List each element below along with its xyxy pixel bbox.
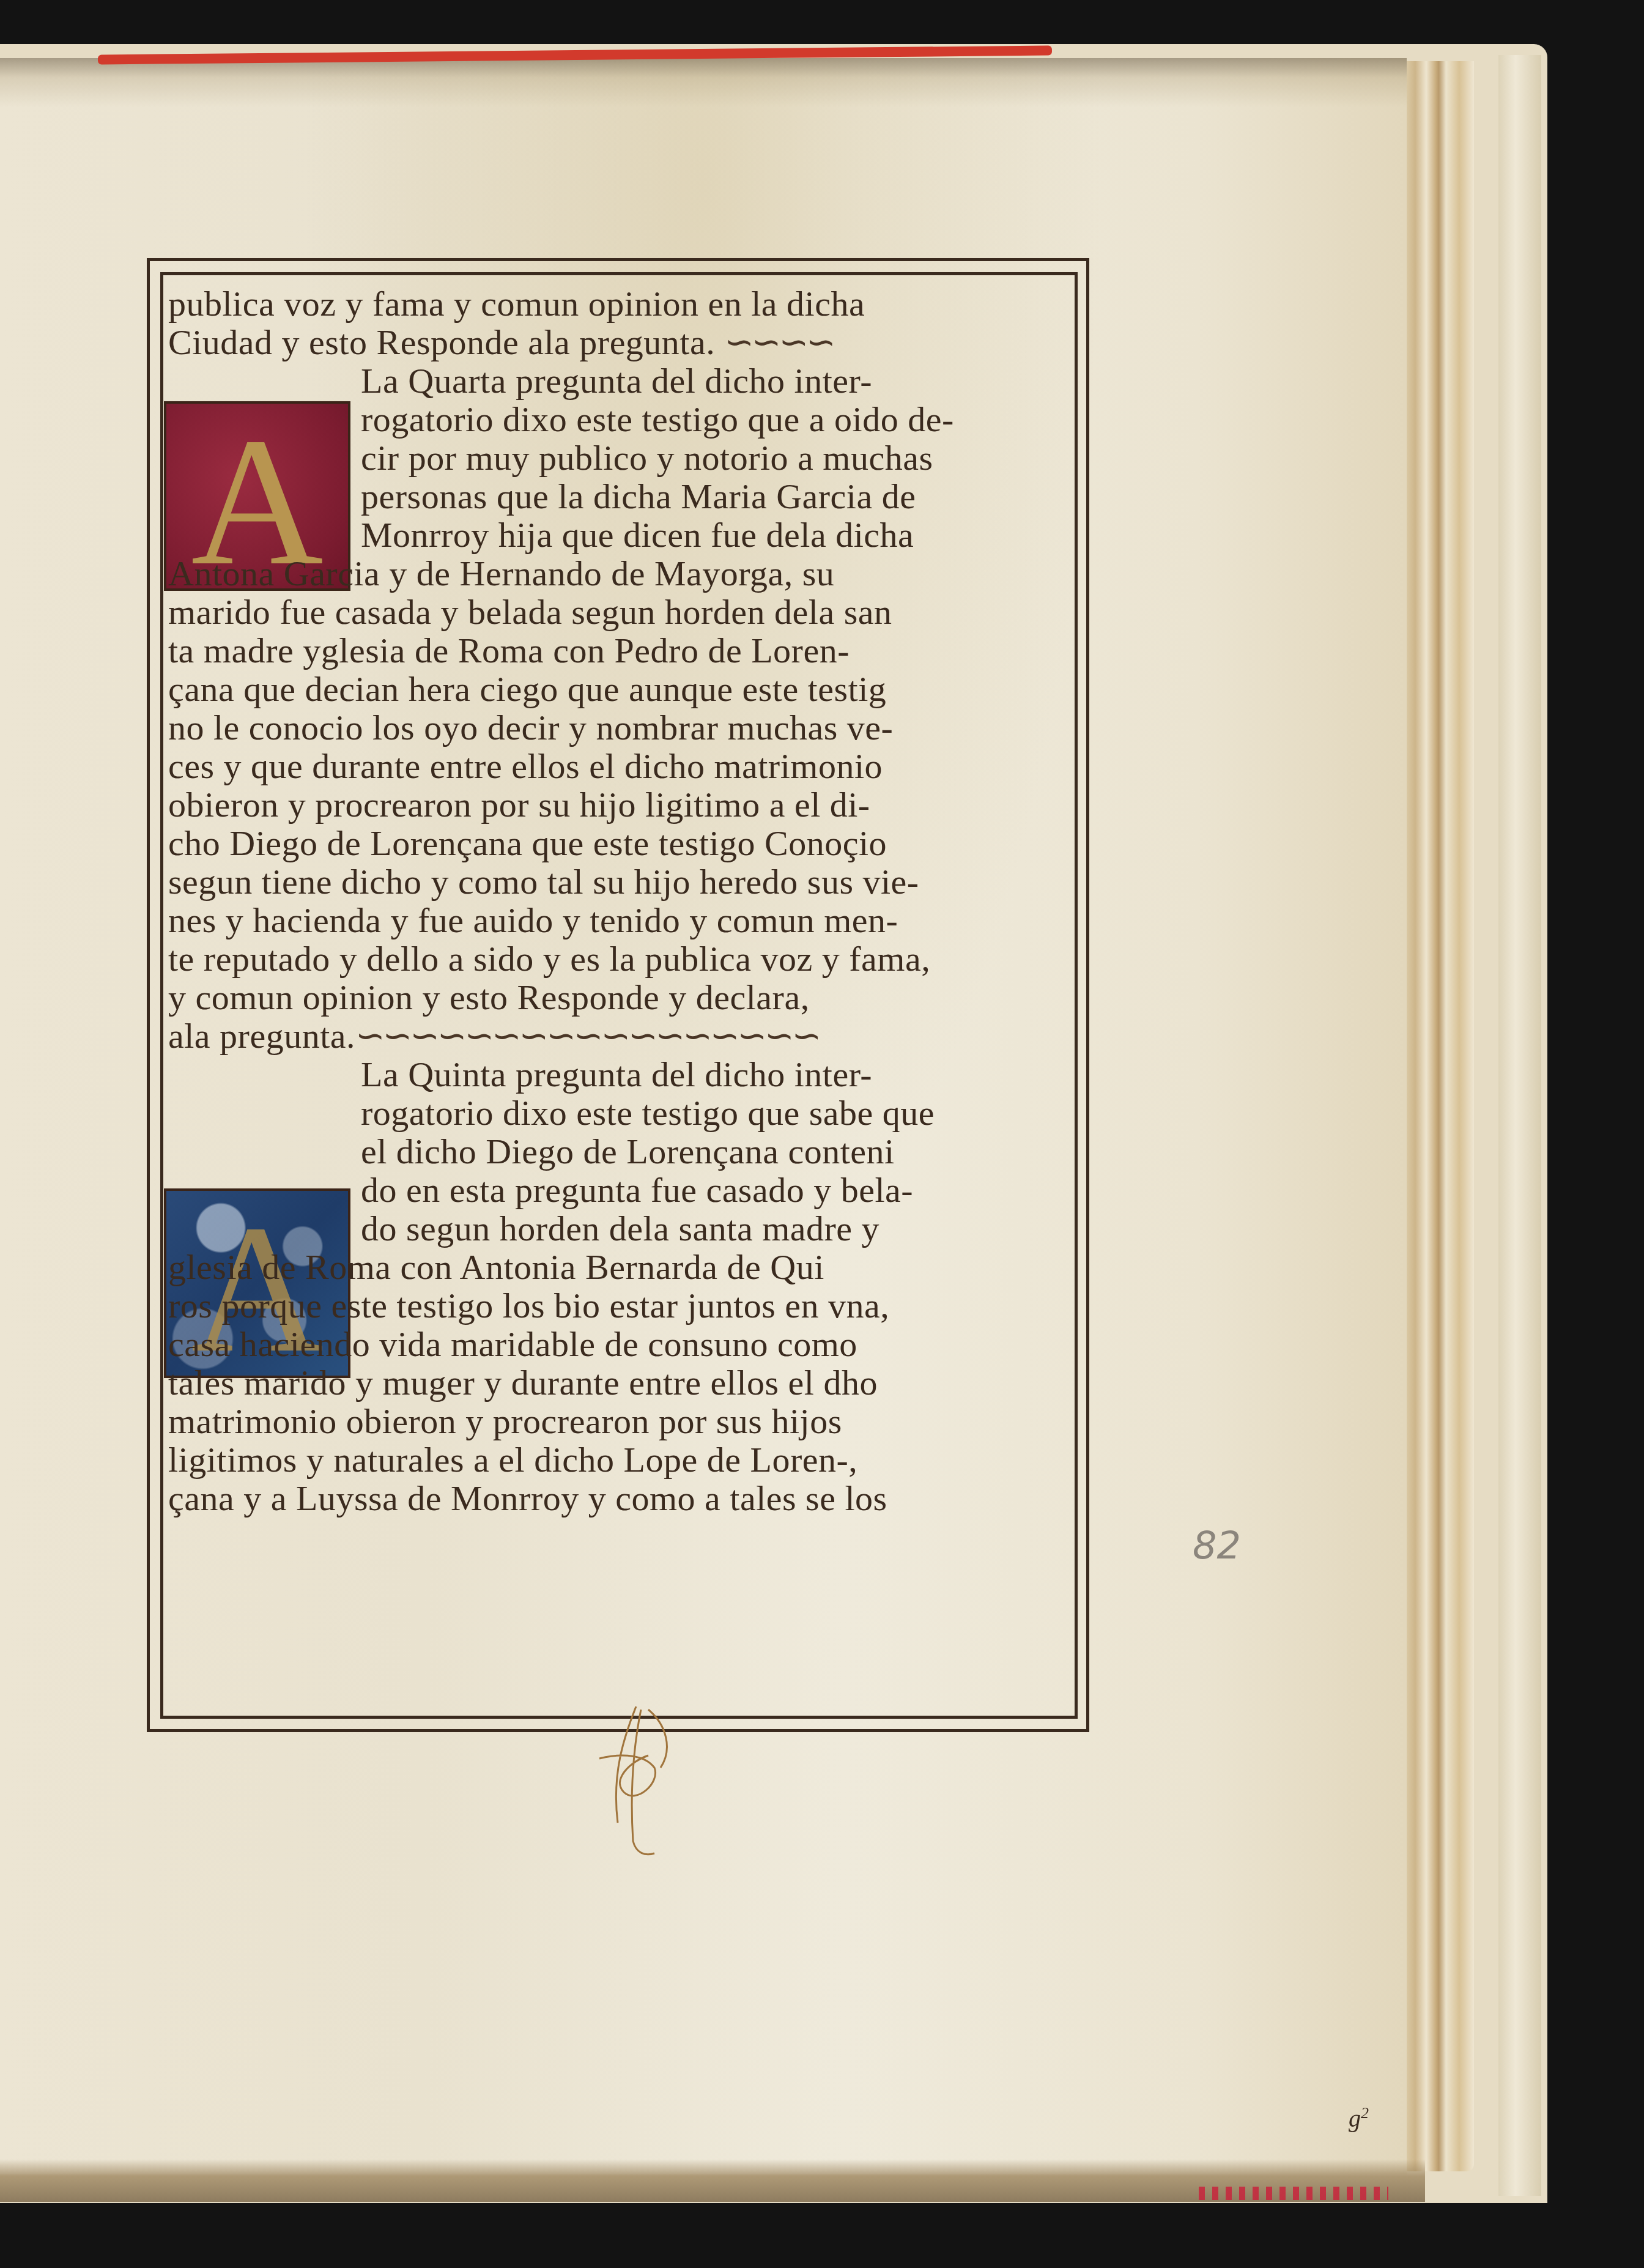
text-line: obieron y procrearon por su hijo ligitim…: [168, 785, 870, 824]
text-line: marido fue casada y belada segun horden …: [168, 593, 892, 631]
line-filler-flourish: ∽∽∽∽: [724, 322, 833, 362]
cover-edge: [1498, 55, 1541, 2196]
top-edge-stain: [0, 58, 1407, 107]
text-line: personas que la dicha Maria Garcia de: [361, 477, 916, 516]
text-line: do segun horden dela santa madre y: [361, 1209, 879, 1248]
text-line: Antona Garcia y de Hernando de Mayorga, …: [168, 554, 834, 593]
signature-mark: g2: [1349, 2104, 1369, 2133]
line-filler-flourish: ∽∽∽∽∽∽∽∽∽∽∽∽∽∽∽∽∽: [355, 1016, 819, 1056]
text-line: rogatorio dixo este testigo que sabe que: [361, 1094, 935, 1132]
text-line: ces y que durante entre ellos el dicho m…: [168, 747, 883, 785]
text-line: publica voz y fama y comun opinion en la…: [168, 284, 865, 323]
text-line: segun tiene dicho y como tal su hijo her…: [168, 862, 919, 901]
red-fringe-mark: [1199, 2187, 1388, 2200]
text-line: tales marido y muger y durante entre ell…: [168, 1363, 878, 1402]
text-line: y comun opinion y esto Responde y declar…: [168, 978, 810, 1017]
text-line: do en esta pregunta fue casado y bela-: [361, 1171, 913, 1209]
rubric-signature-icon: [587, 1700, 697, 1859]
text-line: çana y a Luyssa de Monrroy y como a tale…: [168, 1479, 887, 1518]
pencil-folio-number: 82: [1193, 1523, 1241, 1568]
text-line: La Quarta pregunta del dicho inter-: [361, 361, 872, 400]
text-line: ros porque este testigo los bio estar ju…: [168, 1286, 889, 1325]
text-line: cir por muy publico y notorio a muchas: [361, 439, 933, 477]
text-line: Ciudad y esto Responde ala pregunta. ∽∽∽…: [168, 323, 834, 361]
text-line: çana que decian hera ciego que aunque es…: [168, 670, 886, 708]
text-line: La Quinta pregunta del dicho inter-: [361, 1055, 872, 1094]
text-line: ta madre yglesia de Roma con Pedro de Lo…: [168, 631, 850, 670]
text-line: ligitimos y naturales a el dicho Lope de…: [168, 1440, 857, 1479]
text-line: no le conocio los oyo decir y nombrar mu…: [168, 708, 893, 747]
text-line: te reputado y dello a sido y es la publi…: [168, 939, 930, 978]
text-line: casa haciendo vida maridable de consuno …: [168, 1325, 857, 1363]
text-line: nes y hacienda y fue auido y tenido y co…: [168, 901, 898, 939]
text-line: Monrroy hija que dicen fue dela dicha: [361, 516, 914, 554]
text-line: ala pregunta.∽∽∽∽∽∽∽∽∽∽∽∽∽∽∽∽∽: [168, 1017, 819, 1055]
text-line: cho Diego de Lorençana que este testigo …: [168, 824, 887, 862]
page-stack-edge: [1401, 61, 1474, 2171]
text-line: matrimonio obieron y procrearon por sus …: [168, 1402, 842, 1440]
text-line: glesia de Roma con Antonia Bernarda de Q…: [168, 1248, 824, 1286]
text-line: rogatorio dixo este testigo que a oido d…: [361, 400, 954, 439]
text-line: el dicho Diego de Lorençana conteni: [361, 1132, 895, 1171]
